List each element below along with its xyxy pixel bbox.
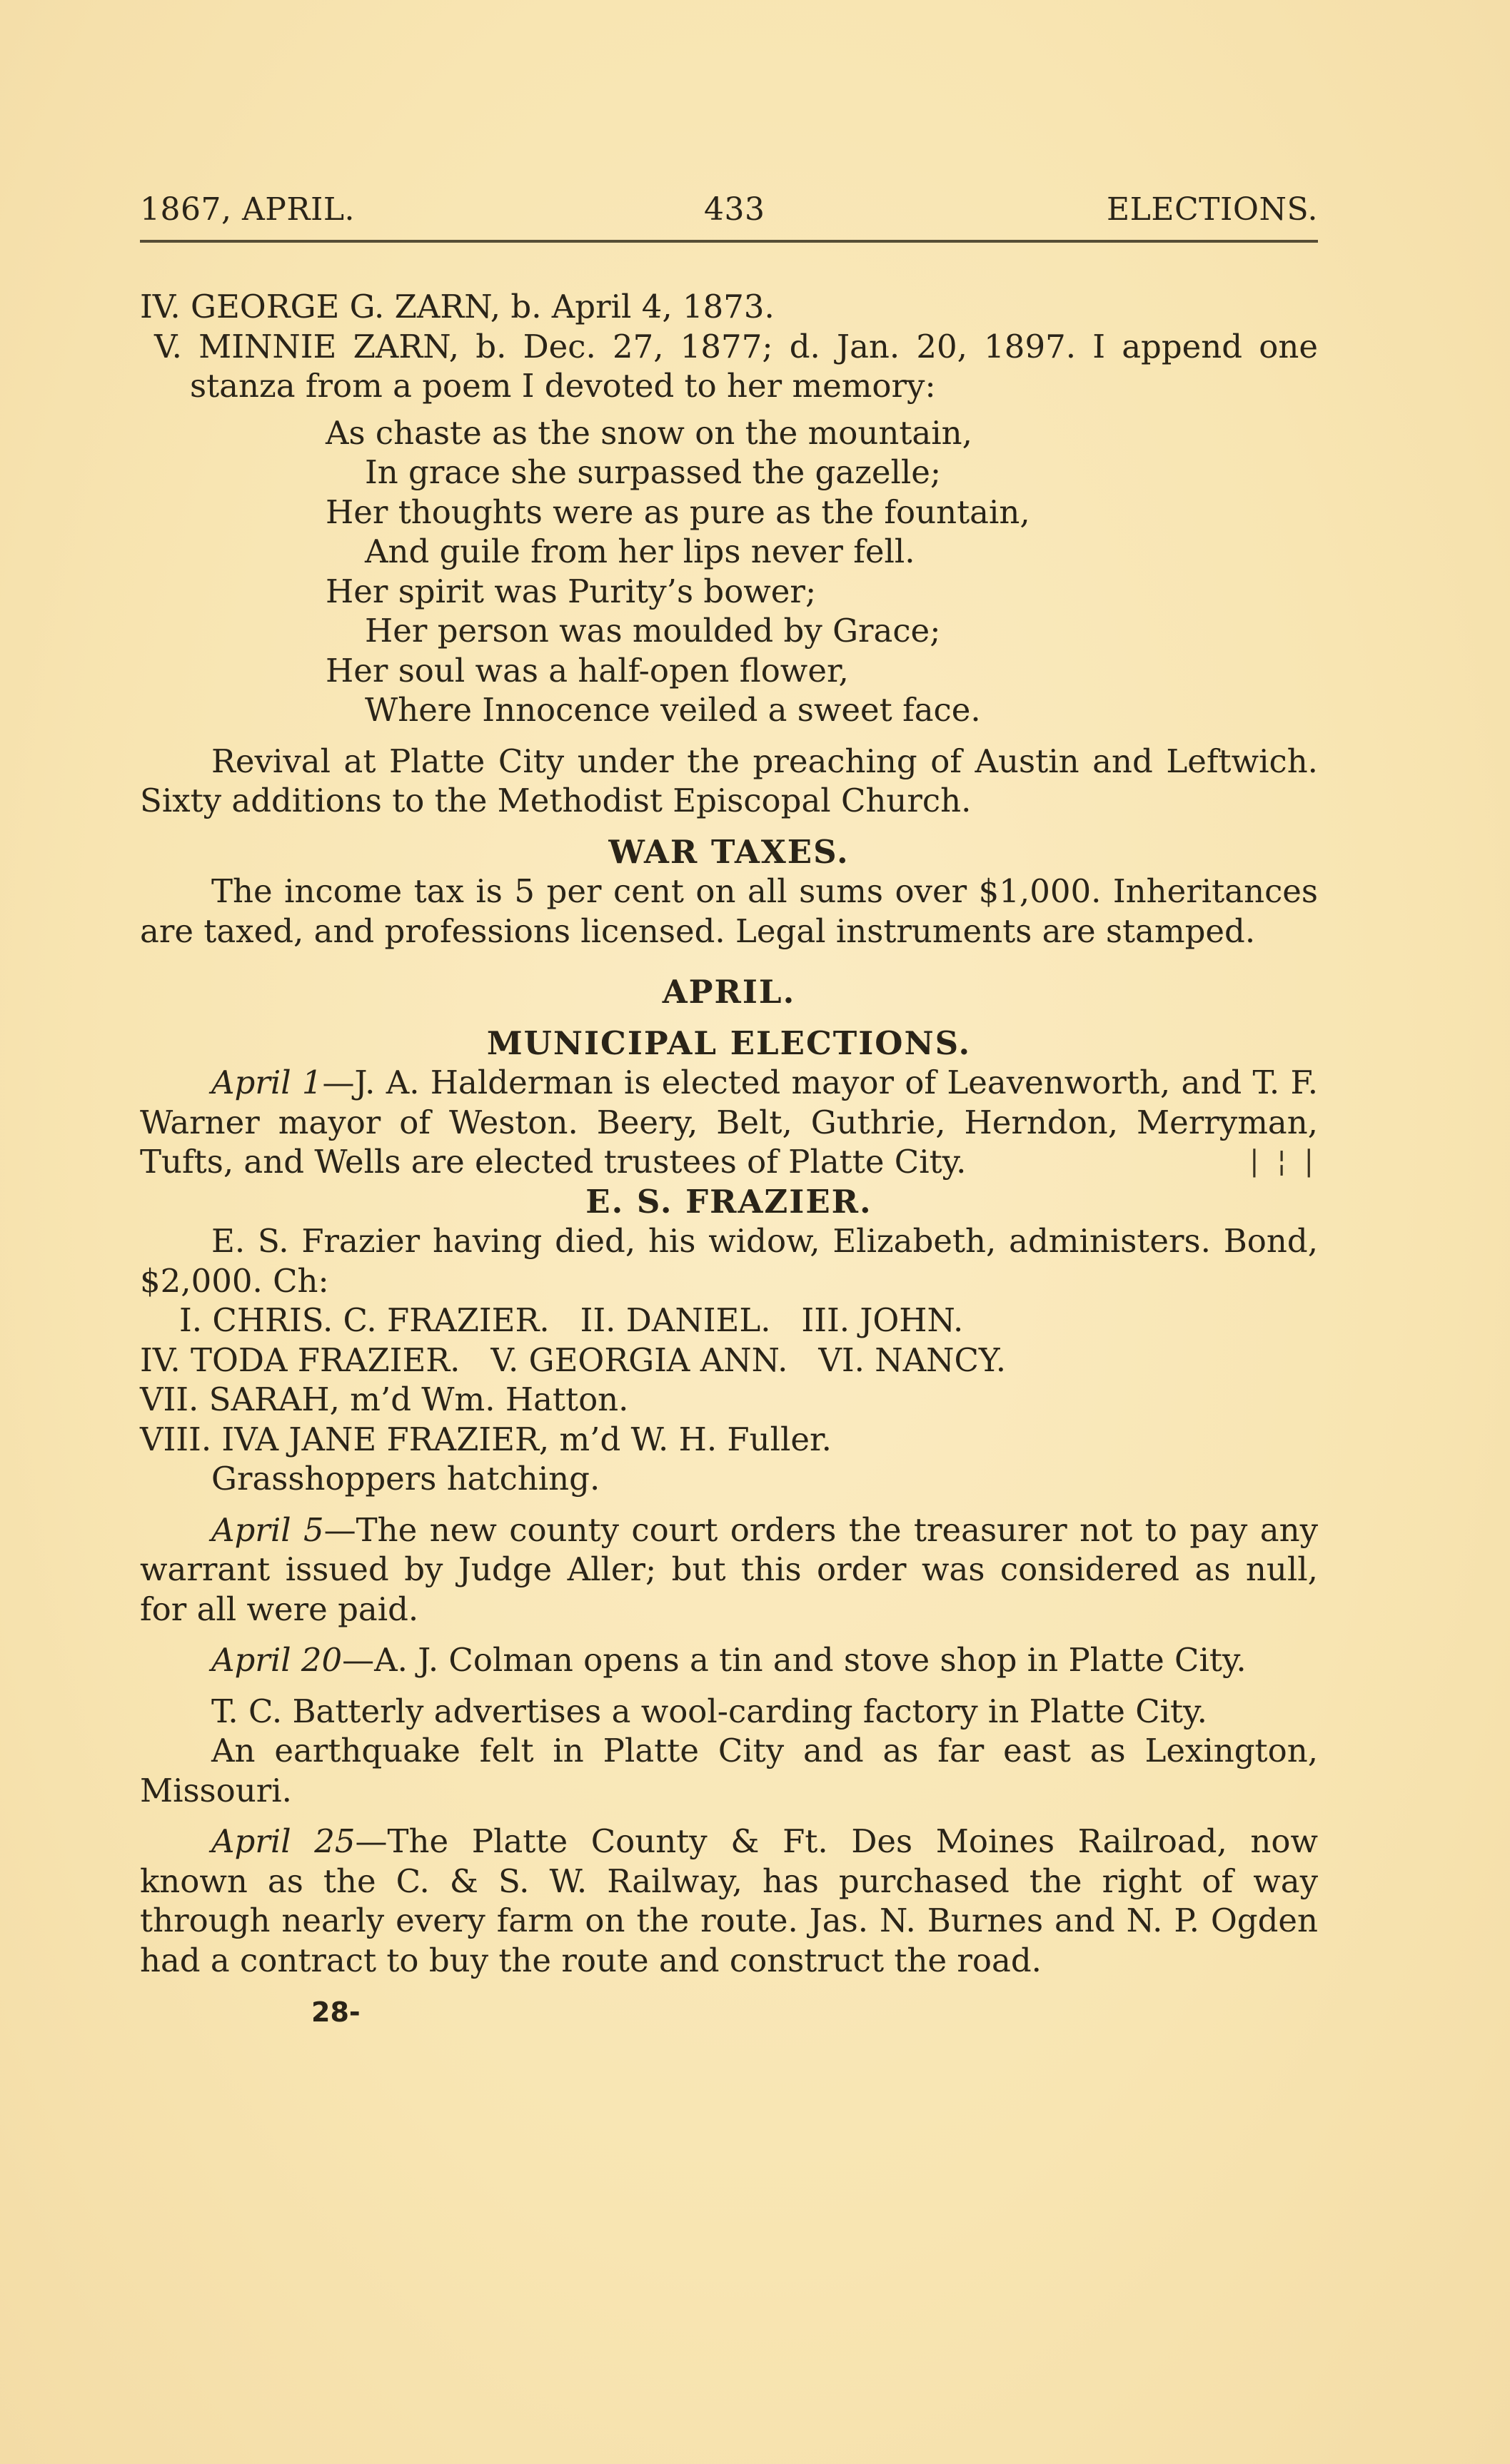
poem-line: Her spirit was Purity’s bower; — [326, 572, 1318, 612]
municipal-elections-paragraph: April 1—J. A. Halderman is elected mayor… — [140, 1063, 1318, 1182]
scan-artifact-marks: | ¦ | — [1178, 1142, 1318, 1182]
war-taxes-paragraph: The income tax is 5 per cent on all sums… — [140, 872, 1318, 951]
section-heading-municipal-elections: MUNICIPAL ELECTIONS. — [140, 1024, 1318, 1064]
entry-april-5: April 5—The new county court orders the … — [140, 1510, 1318, 1630]
poem-line: As chaste as the snow on the mountain, — [326, 413, 1318, 453]
frazier-children-list: I. CHRIS. C. FRAZIER. II. DANIEL. III. J… — [140, 1301, 1318, 1459]
running-head-right: ELECTIONS. — [1107, 191, 1318, 228]
children-row: VII. SARAH, m’d Wm. Hatton. — [140, 1380, 1318, 1420]
poem-line: Her soul was a half-open flower, — [326, 651, 1318, 691]
genealogy-entry-v: V. MINNIE ZARN, b. Dec. 27, 1877; d. Jan… — [140, 327, 1318, 406]
entry-date: April 20 — [211, 1641, 342, 1679]
body-text: IV. GEORGE G. ZARN, b. April 4, 1873. V.… — [140, 287, 1318, 2033]
poem-line: And guile from her lips never fell. — [326, 532, 1318, 572]
header-rule — [140, 240, 1318, 243]
section-heading-war-taxes: WAR TAXES. — [140, 832, 1318, 872]
frazier-note: Grasshoppers hatching. — [140, 1459, 1318, 1499]
entry-date: April 25 — [211, 1822, 356, 1860]
book-page: 1867, APRIL. 433 ELECTIONS. IV. GEORGE G… — [140, 191, 1318, 2033]
page-number: 433 — [704, 191, 765, 228]
entry-april-25: April 25—The Platte County & Ft. Des Moi… — [140, 1822, 1318, 1980]
children-row: VIII. IVA JANE FRAZIER, m’d W. H. Fuller… — [140, 1420, 1318, 1460]
entry-date: April 5 — [211, 1511, 324, 1549]
section-heading-april: APRIL. — [140, 972, 1318, 1012]
children-row: I. CHRIS. C. FRAZIER. II. DANIEL. III. J… — [140, 1301, 1318, 1340]
entry-earthquake: An earthquake felt in Platte City and as… — [140, 1731, 1318, 1810]
running-head: 1867, APRIL. 433 ELECTIONS. — [140, 191, 1318, 234]
poem-line: Where Innocence veiled a sweet face. — [326, 690, 1318, 730]
revival-paragraph: Revival at Platte City under the preachi… — [140, 742, 1318, 821]
entry-april-20: April 20—A. J. Colman opens a tin and st… — [140, 1640, 1318, 1680]
running-head-left: 1867, APRIL. — [140, 191, 355, 228]
children-row: IV. TODA FRAZIER. V. GEORGIA ANN. VI. NA… — [140, 1340, 1318, 1380]
entry-text: —A. J. Colman opens a tin and stove shop… — [342, 1641, 1247, 1679]
genealogy-entry-iv: IV. GEORGE G. ZARN, b. April 4, 1873. — [140, 287, 1318, 327]
poem-line: Her thoughts were as pure as the fountai… — [326, 493, 1318, 532]
entry-date: April 1 — [211, 1064, 323, 1101]
section-heading-frazier: E. S. FRAZIER. — [140, 1182, 1318, 1222]
poem-stanza: As chaste as the snow on the mountain, I… — [140, 413, 1318, 730]
poem-line: Her person was moulded by Grace; — [326, 611, 1318, 651]
entry-batterly: T. C. Batterly advertises a wool-carding… — [140, 1692, 1318, 1732]
signature-mark: 28- — [140, 1993, 1318, 2033]
poem-line: In grace she surpassed the gazelle; — [326, 453, 1318, 493]
frazier-intro: E. S. Frazier having died, his widow, El… — [140, 1221, 1318, 1301]
